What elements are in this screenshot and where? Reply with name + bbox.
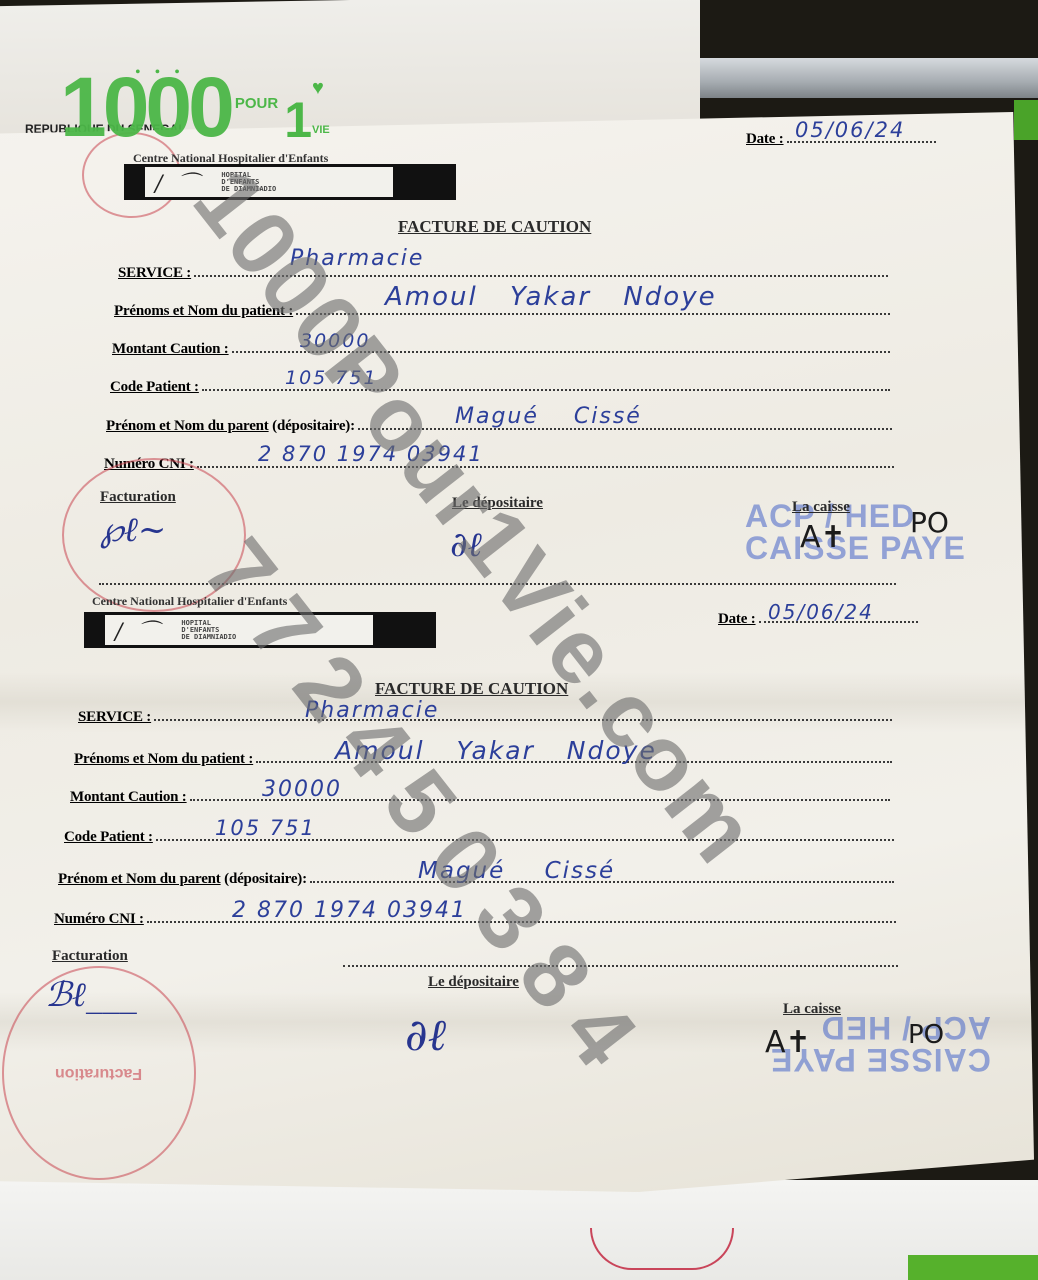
separator-line xyxy=(340,948,898,972)
caisse-signature: A✝ xyxy=(765,1025,811,1060)
patient-name-value: Amoul Yakar Ndoye xyxy=(385,282,717,312)
invoice-title: FACTURE DE CAUTION xyxy=(398,217,591,237)
caisse-signature: A✝ xyxy=(800,520,846,555)
amount-field: Montant Caution : xyxy=(112,334,890,358)
service-field: SERVICE : xyxy=(78,702,892,726)
background-paper-bottom xyxy=(0,1180,1038,1280)
facturation-label: Facturation xyxy=(52,948,128,965)
caisse-initials: PO xyxy=(908,1020,944,1050)
amount-value: 30000 xyxy=(262,777,342,802)
brand-logo: 1000 POUR 1 ♥ VIE xyxy=(60,72,330,142)
heart-icon: ♥ xyxy=(312,77,324,100)
date-value: 05/06/24 xyxy=(768,600,874,624)
caisse-label: La caisse xyxy=(792,499,850,516)
patient-code-field: Code Patient : xyxy=(110,372,890,396)
patient-code-value: 105 751 xyxy=(215,816,316,840)
background-green-bottom xyxy=(908,1255,1038,1280)
hospital-logo-mark: / ⌒ xyxy=(115,615,163,646)
bottom-paper-stamp xyxy=(590,1228,734,1270)
caisse-label: La caisse xyxy=(783,1001,841,1018)
depositaire-signature: ∂ℓ xyxy=(405,1010,446,1061)
parent-name-value: Magué Cissé xyxy=(455,404,642,429)
facturation-signature: ℬℓ___ xyxy=(45,975,137,1015)
background-green-corner xyxy=(1014,100,1038,140)
hospital-logo-mark: / ⌒ xyxy=(155,167,203,198)
facturation-label: Facturation xyxy=(100,489,176,506)
facturation-signature: ℘ℓ~ xyxy=(100,510,166,550)
caisse-initials: PO xyxy=(910,506,949,539)
background-metal-edge xyxy=(700,58,1038,98)
date-value: 05/06/24 xyxy=(795,118,905,142)
